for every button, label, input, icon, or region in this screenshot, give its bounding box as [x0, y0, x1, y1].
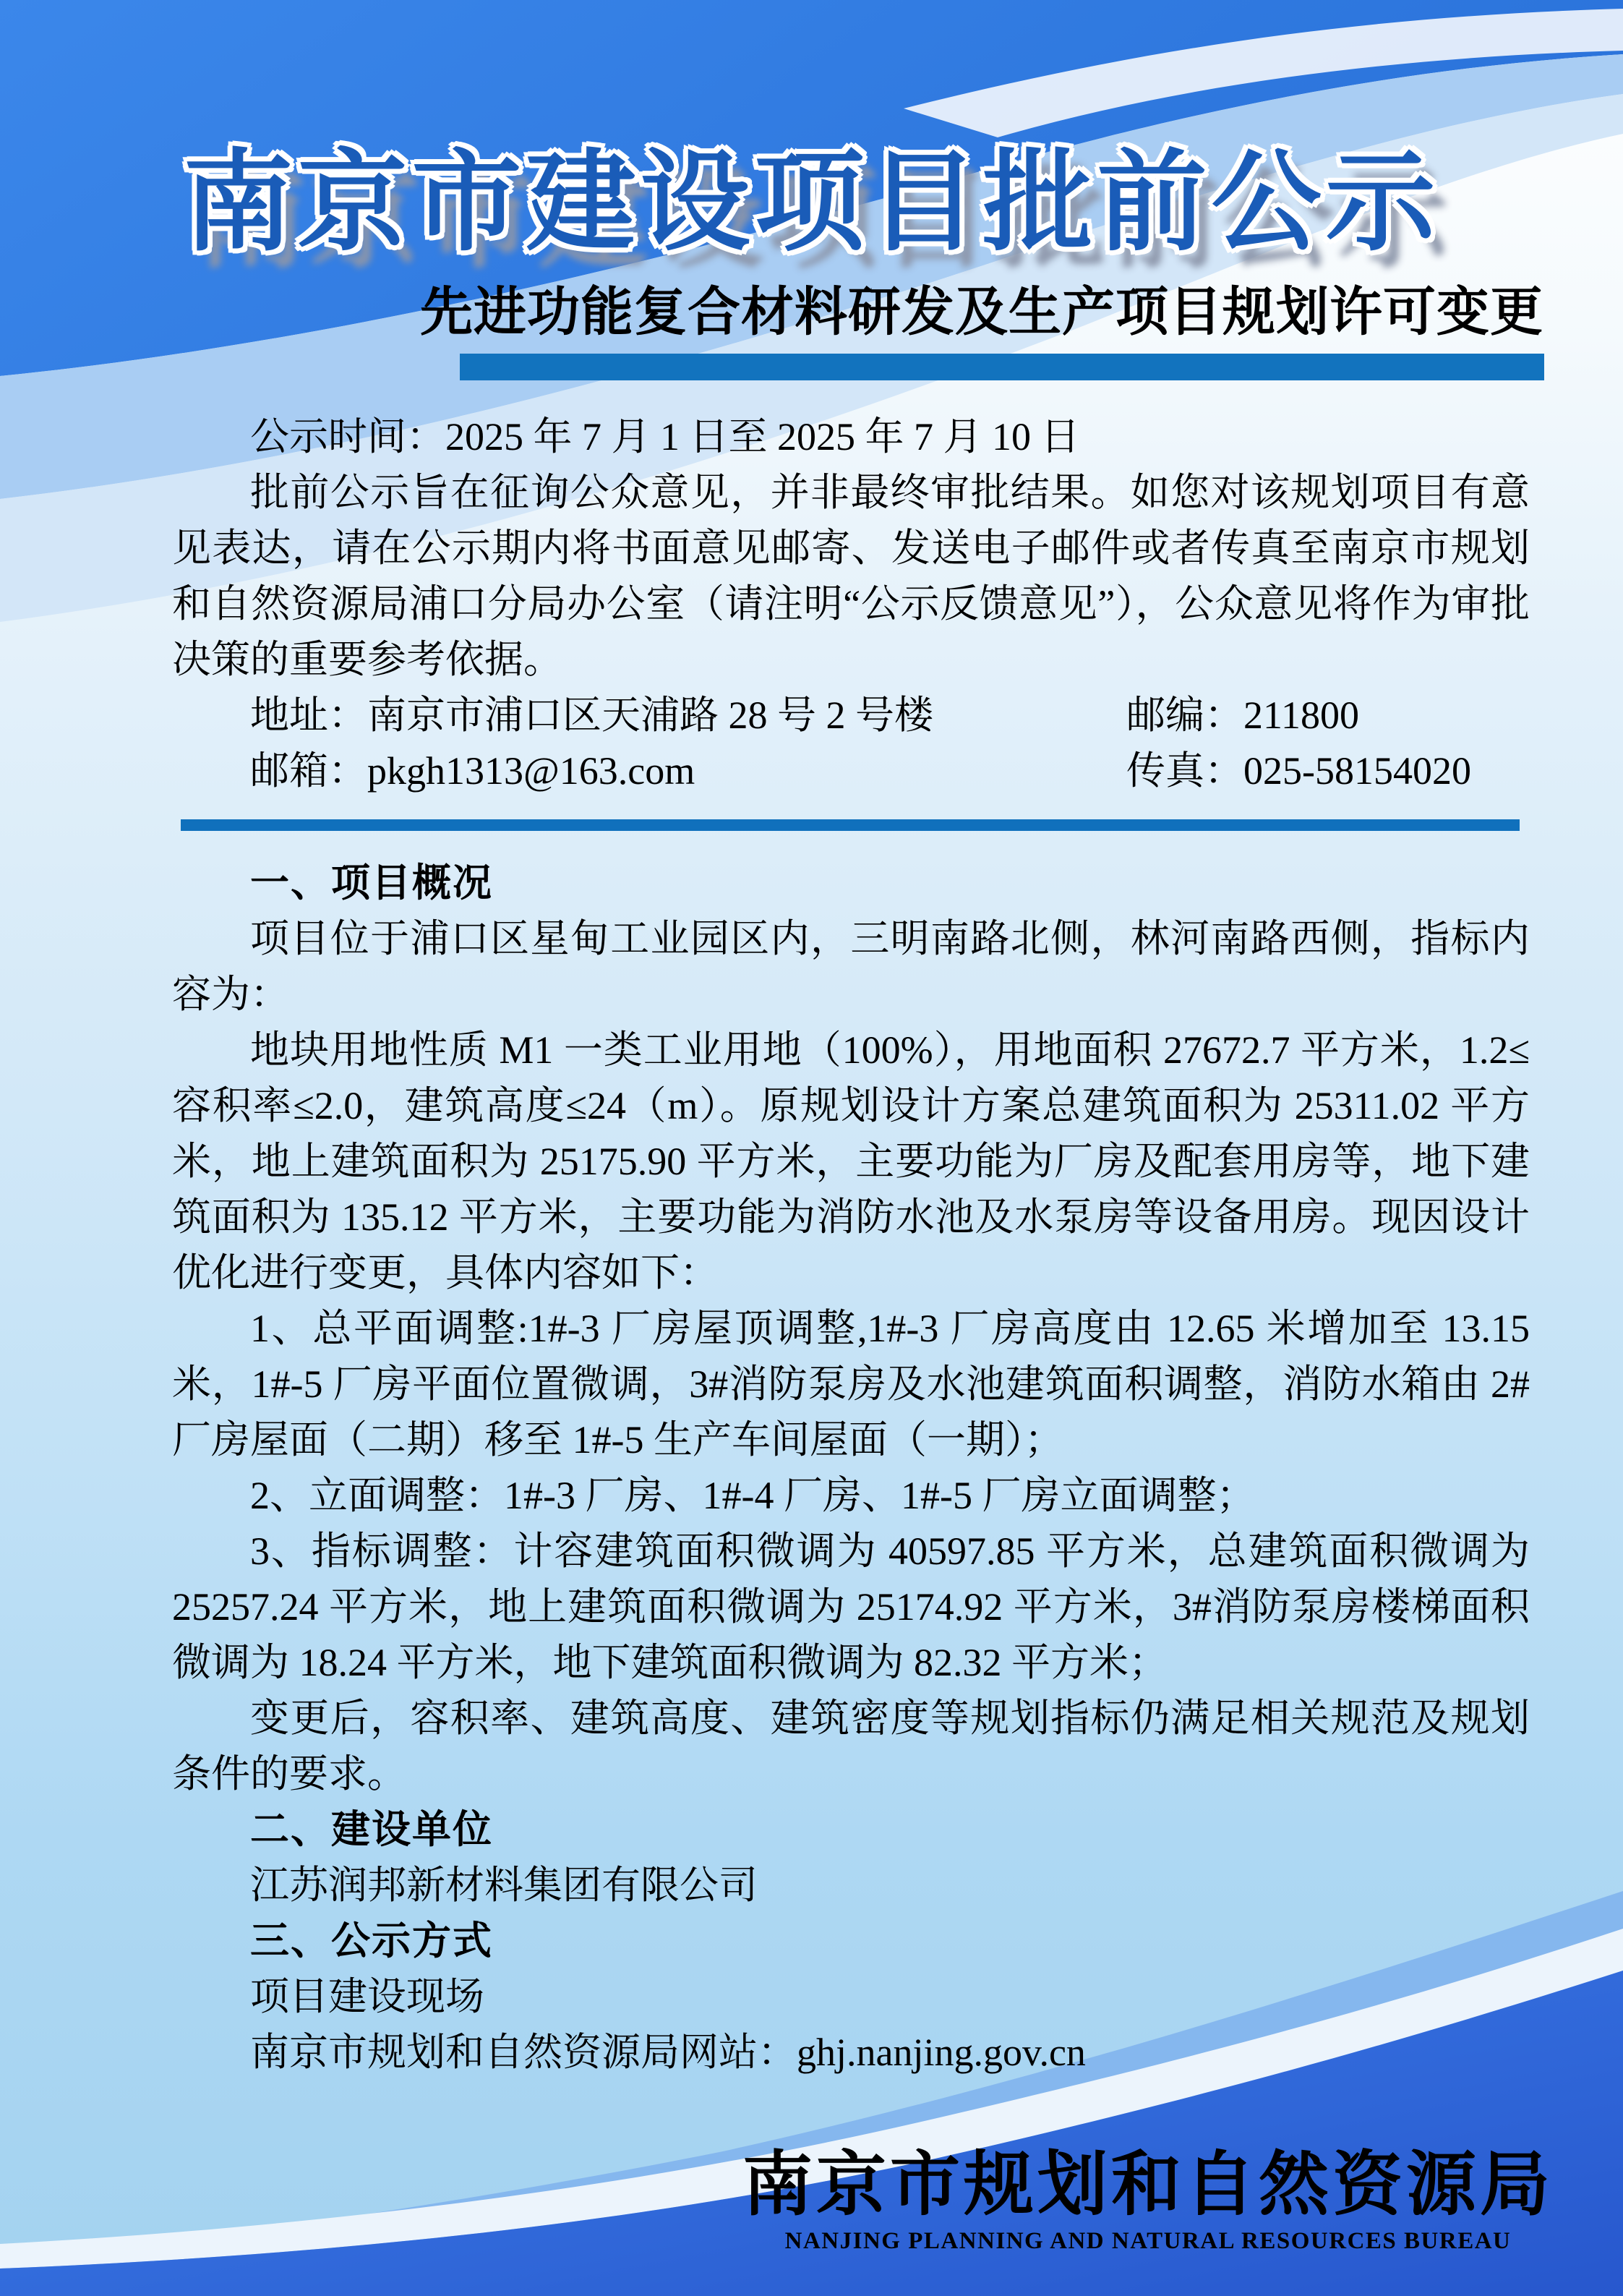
- contact-postcode: 邮编：211800: [1126, 688, 1359, 743]
- subtitle-underline-bar: [460, 354, 1544, 380]
- notice-poster: 南京市建设项目批前公示 先进功能复合材料研发及生产项目规划许可变更 公示时间：2…: [0, 0, 1623, 2296]
- notice-time: 公示时间：2025 年 7 月 1 日至 2025 年 7 月 10 日: [172, 409, 1530, 465]
- section-1-paragraph: 地块用地性质 M1 一类工业用地（100%），用地面积 27672.7 平方米，…: [172, 1023, 1530, 1301]
- section-2-paragraph: 江苏润邦新材料集团有限公司: [172, 1858, 1530, 1913]
- notice-intro: 批前公示旨在征询公众意见，并非最终审批结果。如您对该规划项目有意见表达，请在公示…: [172, 465, 1530, 688]
- section-1-paragraph: 2、立面调整：1#-3 厂房、1#-4 厂房、1#-5 厂房立面调整；: [172, 1468, 1530, 1524]
- section-1-paragraph: 变更后，容积率、建筑高度、建筑密度等规划指标仍满足相关规范及规划条件的要求。: [172, 1691, 1530, 1802]
- section-1-paragraph: 项目位于浦口区星甸工业园区内，三明南路北侧，林河南路西侧，指标内容为：: [172, 911, 1530, 1023]
- contact-fax: 传真：025-58154020: [1126, 743, 1471, 799]
- bureau-name-en: NANJING PLANNING AND NATURAL RESOURCES B…: [742, 2228, 1554, 2255]
- section-2-heading: 二、建设单位: [172, 1802, 1530, 1858]
- contact-row-address: 地址：南京市浦口区天浦路 28 号 2 号楼 邮编：211800: [172, 688, 1530, 743]
- notice-body: 公示时间：2025 年 7 月 1 日至 2025 年 7 月 10 日 批前公…: [172, 409, 1530, 2081]
- section-3-paragraph: 项目建设现场: [172, 1969, 1530, 2025]
- bureau-signature: 南京市规划和自然资源局 NANJING PLANNING AND NATURAL…: [742, 2146, 1554, 2255]
- page-subtitle: 先进功能复合材料研发及生产项目规划许可变更: [420, 269, 1543, 345]
- bureau-name-cn: 南京市规划和自然资源局: [742, 2146, 1554, 2225]
- section-3-paragraph: 南京市规划和自然资源局网站：ghj.nanjing.gov.cn: [172, 2025, 1530, 2081]
- page-title: 南京市建设项目批前公示: [0, 114, 1623, 272]
- section-1-heading: 一、项目概况: [172, 855, 1530, 911]
- section-1-paragraph: 3、指标调整：计容建筑面积微调为 40597.85 平方米，总建筑面积微调为 2…: [172, 1524, 1530, 1691]
- section-1-paragraph: 1、总平面调整:1#-3 厂房屋顶调整,1#-3 厂房高度由 12.65 米增加…: [172, 1301, 1530, 1468]
- section-3-heading: 三、公示方式: [172, 1913, 1530, 1969]
- section-divider-bar: [181, 819, 1520, 831]
- contact-row-email: 邮箱：pkgh1313@163.com 传真：025-58154020: [172, 743, 1530, 799]
